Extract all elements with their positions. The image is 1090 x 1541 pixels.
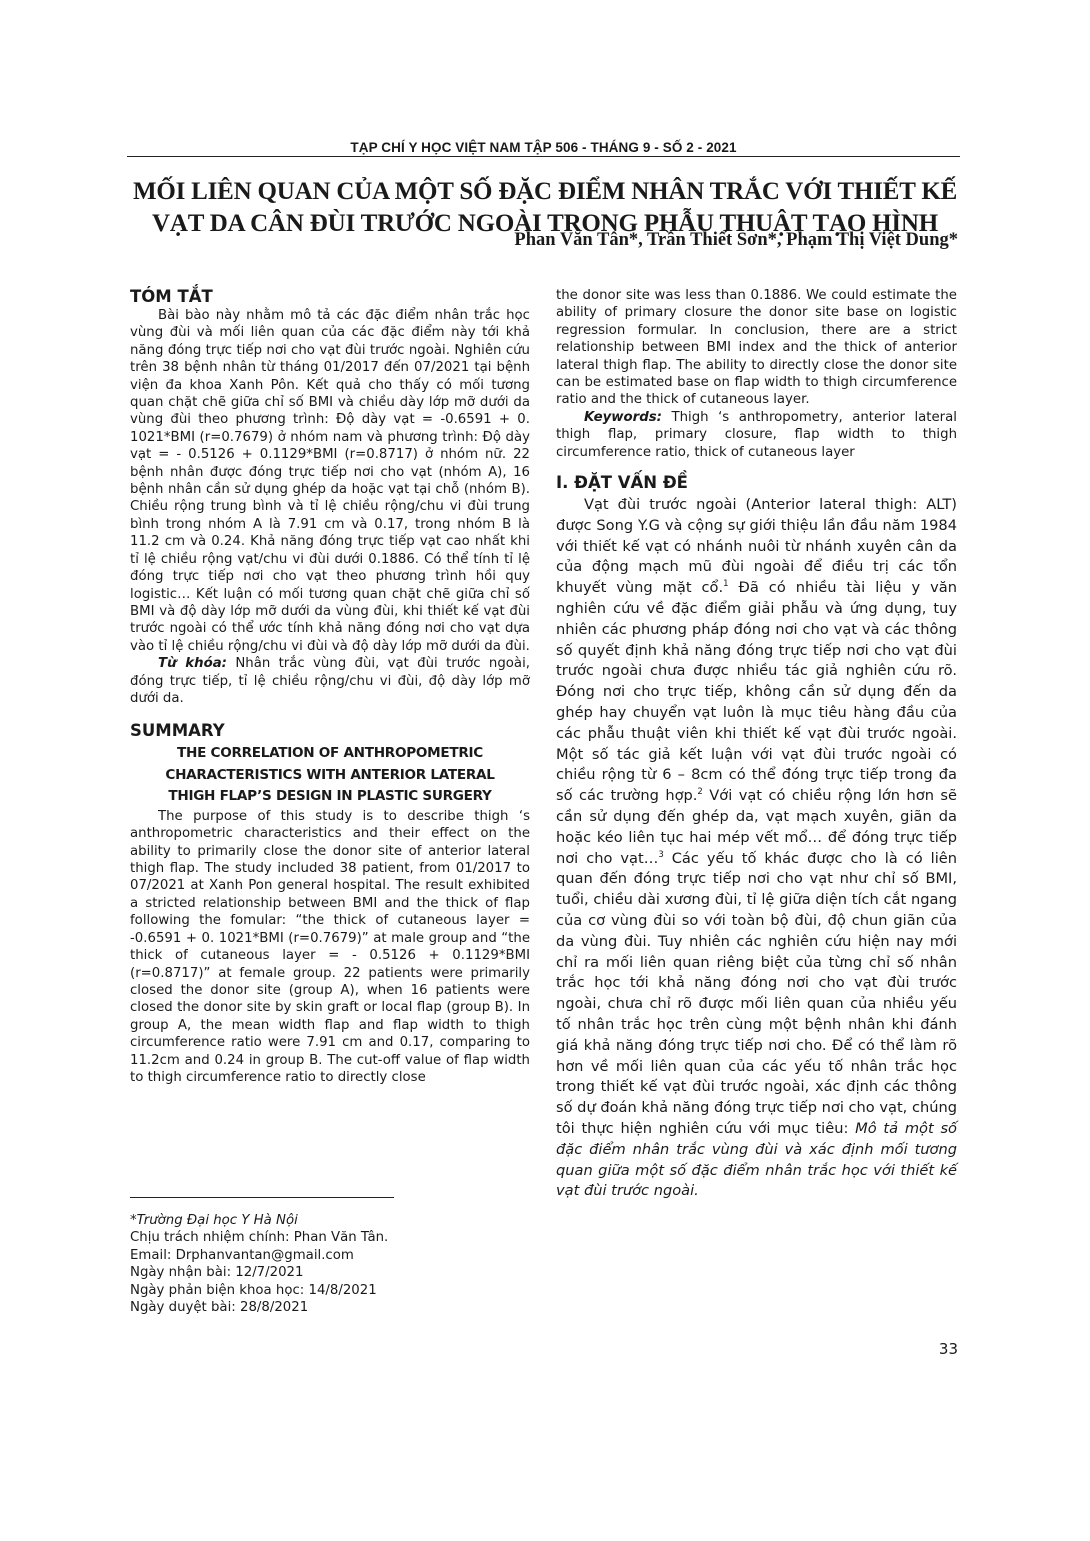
- right-column: the donor site was less than 0.1886. We …: [556, 287, 957, 1202]
- footnote-email[interactable]: Email: Drphanvantan@gmail.com: [130, 1247, 530, 1264]
- abstract-vi-heading: TÓM TẮT: [130, 287, 530, 307]
- abstract-vi-keywords: Từ khóa: Nhân trắc vùng đùi, vạt đùi trư…: [130, 655, 530, 707]
- footnote-rule: [130, 1197, 394, 1198]
- section-1-text-b: Đã có nhiều tài liệu y văn nghiên cứu về…: [556, 579, 957, 804]
- summary-body-part-2: the donor site was less than 0.1886. We …: [556, 287, 957, 409]
- keywords-en-label: Keywords:: [584, 410, 662, 425]
- summary-keywords: Keywords: Thigh ‘s anthropometry, anteri…: [556, 409, 957, 461]
- footnote-corresponding-author: Chịu trách nhiệm chính: Phan Văn Tân.: [130, 1229, 530, 1246]
- left-column: TÓM TẮT Bài bào này nhằm mô tả các đặc đ…: [130, 287, 530, 1086]
- section-1-text-d: Các yếu tố khác được cho là có liên quan…: [556, 850, 957, 1137]
- section-1-heading: I. ĐẶT VẤN ĐỀ: [556, 473, 957, 493]
- footnote-affiliation: *Trường Đại học Y Hà Nội: [130, 1212, 530, 1229]
- summary-body-part-1: The purpose of this study is to describe…: [130, 808, 530, 1087]
- page-number: 33: [920, 1340, 958, 1358]
- summary-heading: SUMMARY: [130, 721, 530, 741]
- abstract-vi-body: Bài bào này nhằm mô tả các đặc điểm nhân…: [130, 307, 530, 655]
- summary-title-line-2: CHARACTERISTICS WITH ANTERIOR LATERAL: [130, 765, 530, 787]
- keywords-vi-label: Từ khóa:: [158, 656, 227, 671]
- footnote-received-date: Ngày nhận bài: 12/7/2021: [130, 1264, 530, 1281]
- footnotes: *Trường Đại học Y Hà Nội Chịu trách nhiệ…: [130, 1212, 530, 1316]
- footnote-review-date: Ngày phản biện khoa học: 14/8/2021: [130, 1282, 530, 1299]
- summary-title: THE CORRELATION OF ANTHROPOMETRIC CHARAC…: [130, 743, 530, 808]
- footnote-accepted-date: Ngày duyệt bài: 28/8/2021: [130, 1299, 530, 1316]
- summary-title-line-3: THIGH FLAP’S DESIGN IN PLASTIC SURGERY: [130, 786, 530, 808]
- summary-title-line-1: THE CORRELATION OF ANTHROPOMETRIC: [130, 743, 530, 765]
- section-1-body: Vạt đùi trước ngoài (Anterior lateral th…: [556, 495, 957, 1202]
- journal-running-head: TẠP CHÍ Y HỌC VIỆT NAM TẬP 506 - THÁNG 9…: [127, 140, 960, 156]
- header-rule: [127, 156, 960, 157]
- title-line-1: MỐI LIÊN QUAN CỦA MỘT SỐ ĐẶC ĐIỂM NHÂN T…: [130, 176, 960, 208]
- journal-page: TẠP CHÍ Y HỌC VIỆT NAM TẬP 506 - THÁNG 9…: [0, 0, 1090, 1541]
- article-authors: Phan Văn Tân*, Trần Thiết Sơn*, Phạm Thị…: [300, 228, 958, 252]
